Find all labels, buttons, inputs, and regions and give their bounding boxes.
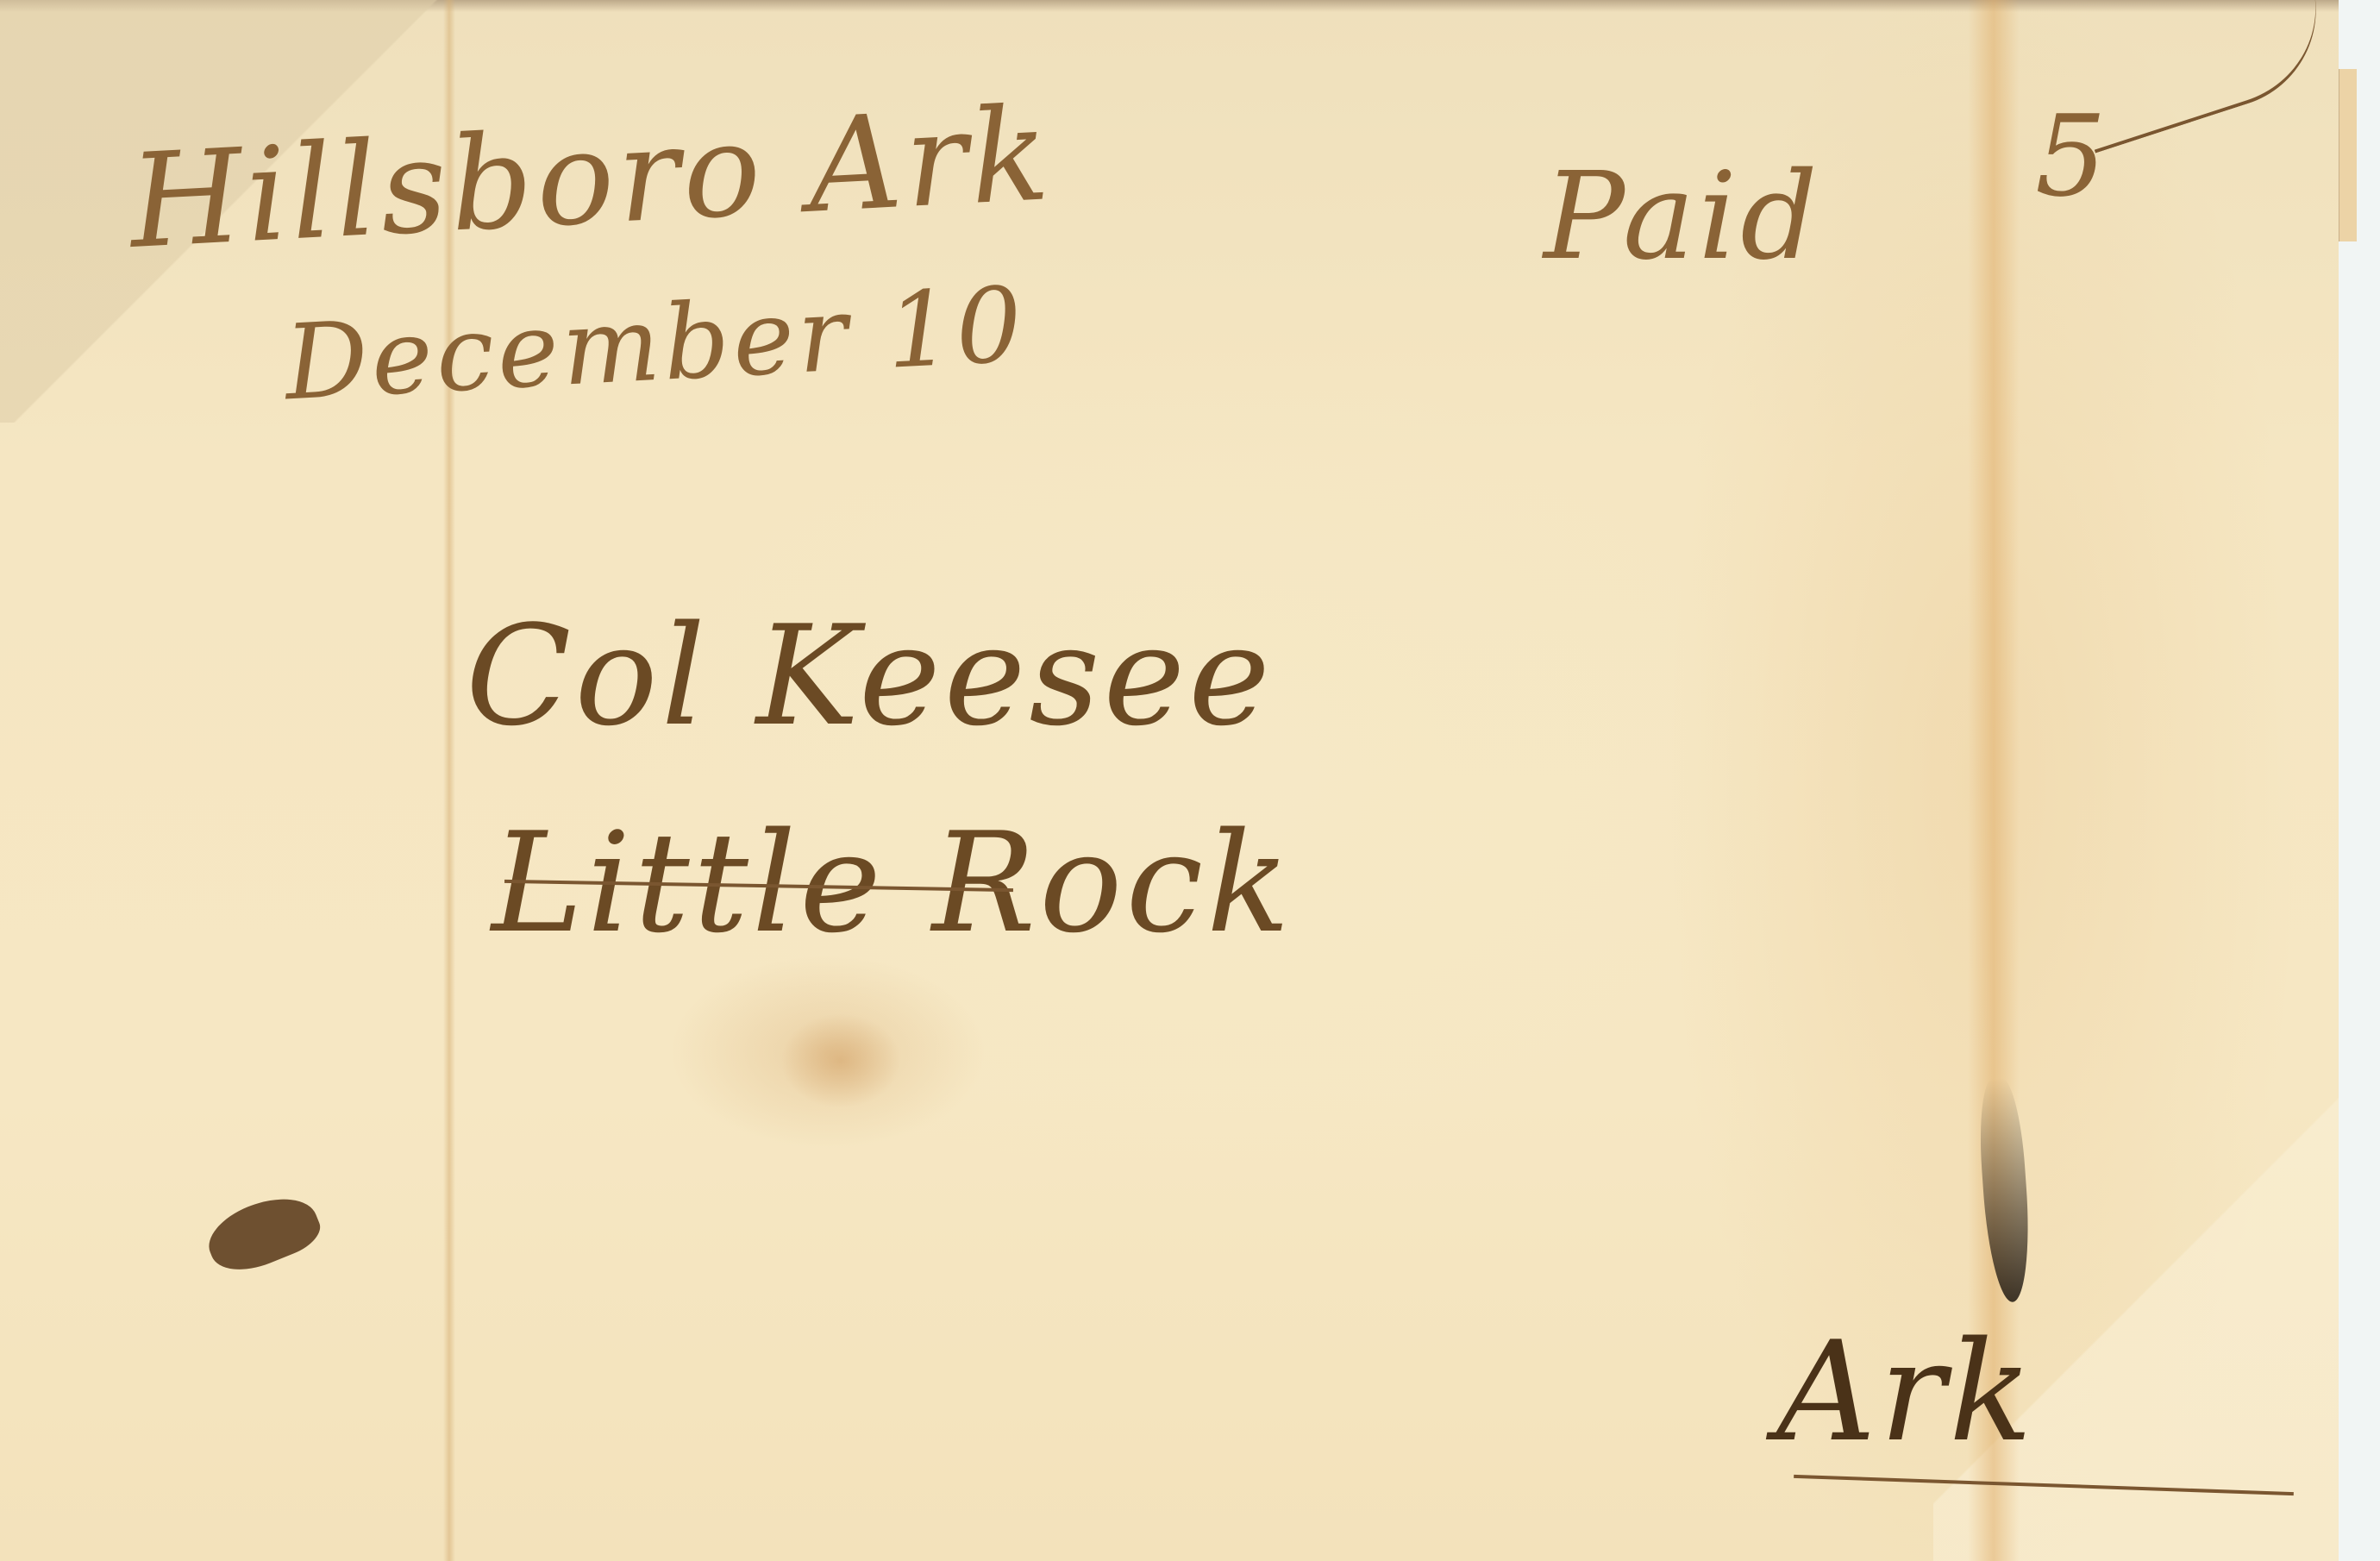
addressee-name: Col Keesee [466, 595, 1274, 756]
foxing-stain [780, 1013, 901, 1108]
paper-edge-tab [2339, 69, 2357, 241]
rate-paid-marking: Paid [1544, 147, 1821, 287]
rate-flourish [2065, 0, 2342, 154]
ink-blot [200, 1184, 327, 1282]
letter-cover: Hillsboro Ark December 10 Paid 5 Col Kee… [0, 0, 2339, 1561]
address-state: Ark [1776, 1311, 2036, 1472]
